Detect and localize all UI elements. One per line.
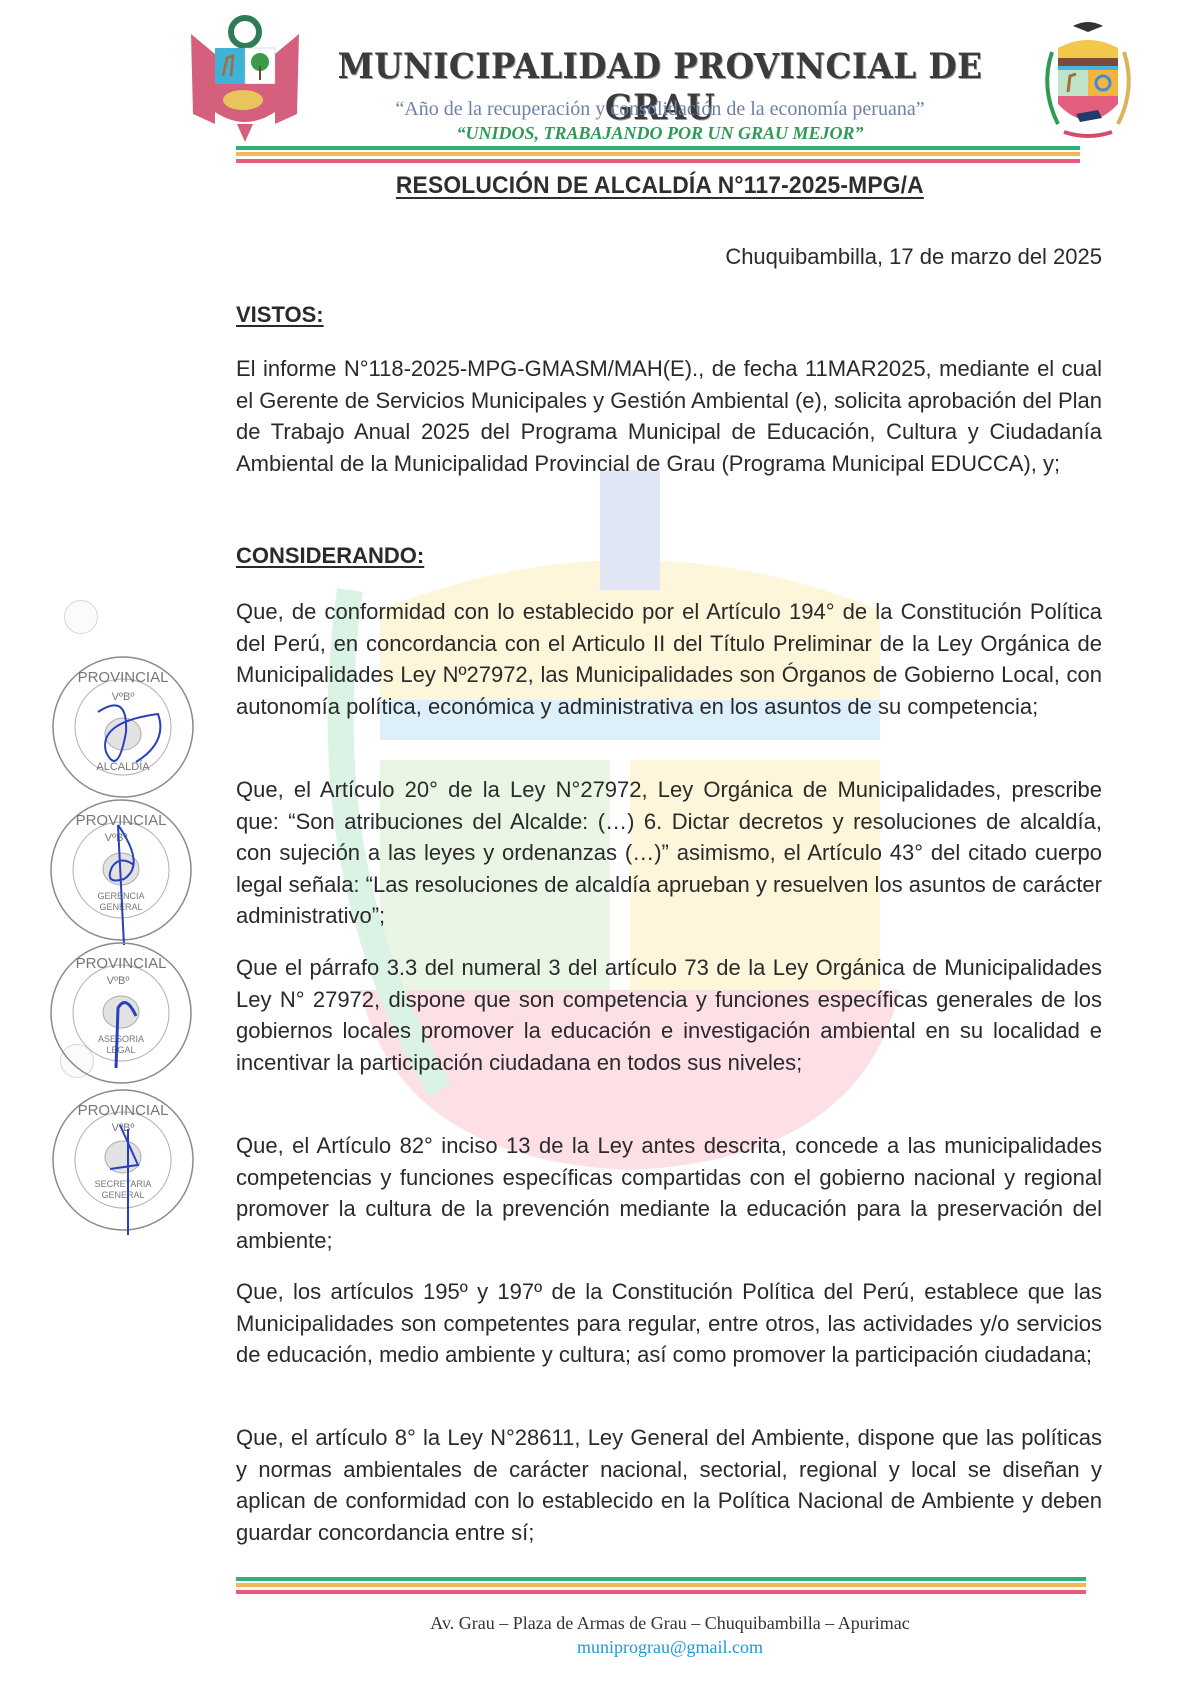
- paragraph-considerando-4: Que, el Artículo 82° inciso 13 de la Ley…: [236, 1130, 1102, 1256]
- svg-text:GENERAL: GENERAL: [101, 1190, 144, 1200]
- paragraph-considerando-2: Que, el Artículo 20° de la Ley N°27972, …: [236, 774, 1102, 932]
- svg-text:PROVINCIAL: PROVINCIAL: [76, 812, 167, 829]
- footer-address: Av. Grau – Plaza de Armas de Grau – Chuq…: [300, 1613, 1040, 1634]
- paragraph-vistos: El informe N°118-2025-MPG-GMASM/MAH(E).,…: [236, 353, 1102, 479]
- svg-text:VºBº: VºBº: [107, 975, 130, 987]
- footer-email-link[interactable]: muniprograu@gmail.com: [300, 1637, 1040, 1658]
- document-page: MUNICIPALIDAD PROVINCIAL DE GRAU “Año de…: [0, 0, 1190, 1683]
- footer-color-band: [236, 1577, 1086, 1594]
- svg-text:ALCALDÍA: ALCALDÍA: [96, 760, 150, 773]
- svg-text:VºBº: VºBº: [112, 691, 135, 703]
- svg-text:LEGAL: LEGAL: [106, 1045, 135, 1055]
- approval-stamp-secretaria-general: PROVINCIAL VºBº SECRETARIA GENERAL: [48, 1085, 198, 1235]
- punch-hole: [64, 600, 98, 634]
- svg-text:PROVINCIAL: PROVINCIAL: [76, 955, 167, 972]
- approval-stamp-alcaldia: PROVINCIAL VºBº ALCALDÍA: [48, 652, 198, 802]
- paragraph-considerando-6: Que, el artículo 8° la Ley N°28611, Ley …: [236, 1422, 1102, 1548]
- approval-stamp-asesoria-legal: PROVINCIAL VºBº ASESORIA LEGAL: [46, 938, 196, 1088]
- svg-text:PROVINCIAL: PROVINCIAL: [78, 669, 169, 686]
- peru-coat-of-arms-icon: [185, 14, 305, 144]
- paragraph-considerando-1: Que, de conformidad con lo establecido p…: [236, 596, 1102, 722]
- paragraph-considerando-5: Que, los artículos 195º y 197º de la Con…: [236, 1276, 1102, 1371]
- grau-coat-of-arms-icon: [1028, 18, 1148, 148]
- svg-text:SECRETARIA: SECRETARIA: [95, 1179, 152, 1189]
- resolution-title: RESOLUCIÓN DE ALCALDÍA N°117-2025-MPG/A: [300, 172, 1020, 200]
- municipal-slogan: “UNIDOS, TRABAJANDO POR UN GRAU MEJOR”: [300, 123, 1020, 144]
- year-motto: “Año de la recuperación y consolidación …: [300, 98, 1020, 121]
- approval-stamp-gerencia-general: PROVINCIAL VºBº GERENCIA GENERAL: [46, 795, 196, 945]
- paragraph-considerando-3: Que el párrafo 3.3 del numeral 3 del art…: [236, 952, 1102, 1078]
- section-heading-vistos: VISTOS:: [236, 302, 324, 328]
- section-heading-considerando: CONSIDERANDO:: [236, 543, 424, 569]
- svg-text:ASESORIA: ASESORIA: [98, 1034, 144, 1044]
- svg-text:PROVINCIAL: PROVINCIAL: [78, 1102, 169, 1119]
- resolution-title-text: RESOLUCIÓN DE ALCALDÍA N°117-2025-MPG/A: [396, 172, 924, 200]
- place-and-date: Chuquibambilla, 17 de marzo del 2025: [600, 244, 1102, 270]
- header-color-band: [236, 146, 1080, 163]
